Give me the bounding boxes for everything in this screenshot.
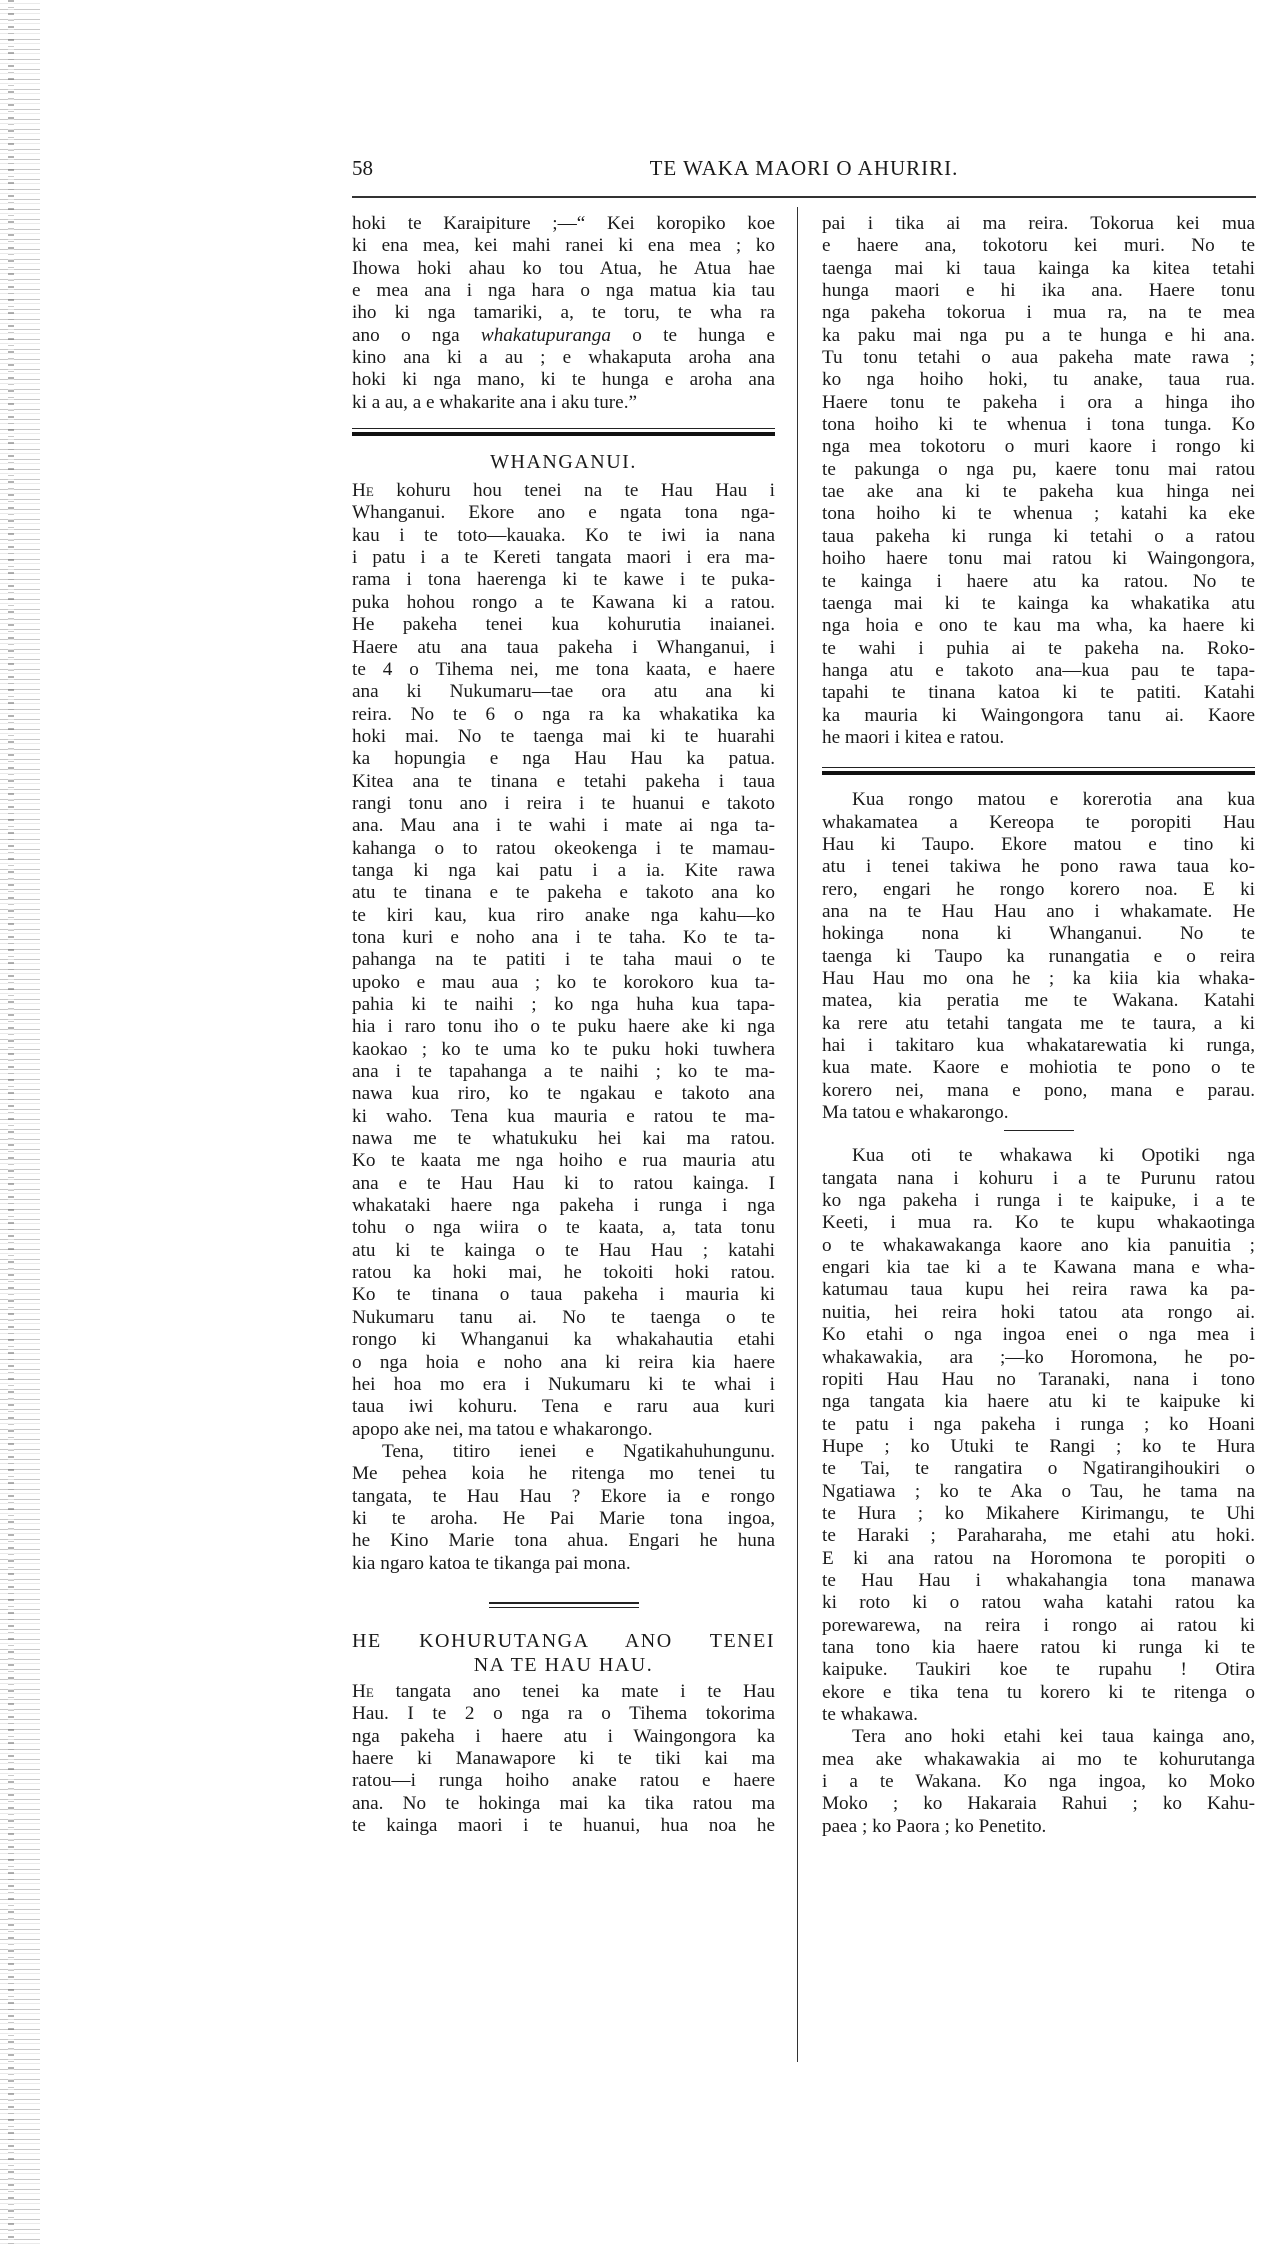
text-line: E ki ana ratou na Horomona te poropiti o [822, 1548, 1255, 1570]
article-kereopa: Kua rongo matou e korerotia ana kua whak… [822, 789, 1255, 1124]
article-he-kohurutanga: HE KOHURUTANGA ANO TENEI NA TE HAU HAU. … [352, 1629, 775, 1837]
text-line: kino ana ki a au ; e whakaputa aroha ana [352, 347, 775, 369]
text-line: nawa me te whatukuku hei kai ma ratou. [352, 1128, 775, 1150]
text-line: te 4 o Tihema nei, me tona kaata, e haer… [352, 659, 775, 681]
text-line: Ko te kaata me nga hoiho e rua mauria at… [352, 1150, 775, 1172]
text-line: ka paku mai nga pu a te hunga e hi ana. [822, 325, 1255, 347]
text-line: Hau Hau mo ona he ; ka kiia kia whaka- [822, 968, 1255, 990]
text-line: hei hoa mo era i Nukumaru ki te whai i [352, 1374, 775, 1396]
text-line: ko nga hoiho hoki, tu anake, taua rua. [822, 369, 1255, 391]
article-opotiki: Kua oti te whakawa ki Opotiki nga tangat… [822, 1145, 1255, 1838]
text-line: nga pakeha i haere atu i Waingongora ka [352, 1726, 775, 1748]
text-line: katumau taua kupu hei reira rawa ka pa- [822, 1279, 1255, 1301]
text-line: He pakeha tenei kua kohurutia inaianei. [352, 614, 775, 636]
text-line: he Kino Marie tona ahua. Engari he huna [352, 1530, 775, 1552]
section-short-rule [1004, 1130, 1074, 1135]
text-line: tangata nana i kohuru i a te Purunu rato… [822, 1168, 1255, 1190]
text-line: Ma tatou e whakarongo. [822, 1102, 1255, 1124]
text-line: tapahi te tinana katoa ki te patiti. Kat… [822, 682, 1255, 704]
text-line: te Haraki ; Paraharaha, me etahi atu hok… [822, 1525, 1255, 1547]
text-fragment: o te hunga e [632, 325, 775, 346]
text-line: ratou ka hoki mai, he tokoiti hoki ratou… [352, 1262, 775, 1284]
text-line: pahanga na te patiti i te taha maui o te [352, 949, 775, 971]
text-line: taenga mai ki te kainga ka whakatika atu [822, 593, 1255, 615]
italic-word: whakatupuranga [481, 325, 611, 346]
scanned-binding-shadow [8, 0, 14, 2246]
drop-cap: He [352, 480, 374, 501]
text-line: tana tono kia haere ratou ki runga ki te [822, 1637, 1255, 1659]
text-line: Ngatiawa ; ko te Aka o Tau, he tama na [822, 1481, 1255, 1503]
scanned-page-edge [0, 0, 40, 2246]
text-line: taenga mai ki taua kainga ka kitea tetah… [822, 258, 1255, 280]
text-line: haere ki Manawapore ki te tiki kai ma [352, 1748, 775, 1770]
text-line: taua iwi kohuru. Tena e raru aua kuri [352, 1396, 775, 1418]
article-whanganui: WHANGANUI. He kohuru hou tenei na te Hau… [352, 450, 775, 1575]
text-line: Hau ki Taupo. Ekore matou e tino ki [822, 834, 1255, 856]
text-line: tae ake ana ki te pakeha kua hinga nei [822, 481, 1255, 503]
article-heading-line1: HE KOHURUTANGA ANO TENEI [352, 1629, 775, 1653]
text-line: tanga ki nga kai patu i a ia. Kite rawa [352, 860, 775, 882]
text-line: te Tai, te rangatira o Ngatirangihoukiri… [822, 1458, 1255, 1480]
text-line: whakataki haere nga pakeha i runga i nga [352, 1195, 775, 1217]
text-line: te wahi i puhia ai te pakeha na. Roko- [822, 638, 1255, 660]
text-line: Hupe ; ko Utuki te Rangi ; ko te Hura [822, 1436, 1255, 1458]
text-line: whakawakia, ara ;—ko Horomona, he po- [822, 1347, 1255, 1369]
text-line: ana e te Hau Hau ki to ratou kainga. I [352, 1173, 775, 1195]
text-line: e mea ana i nga hara o nga matua kia tau [352, 280, 775, 302]
text-line: apopo ake nei, ma tatou e whakarongo. [352, 1419, 775, 1441]
text-line: Kitea ana te tinana e tetahi pakeha i ta… [352, 771, 775, 793]
text-line: kua mate. Kaore e mohiotia te pono o te [822, 1057, 1255, 1079]
text-line: taua pakeha ki runga ki tetahi o a ratou [822, 526, 1255, 548]
text-line: nawa kua riro, ko te ngakau e takoto ana [352, 1083, 775, 1105]
text-line: Tu tonu tetahi o aua pakeha mate rawa ; [822, 347, 1255, 369]
text-line: ki waho. Tena kua mauria e ratou te ma- [352, 1106, 775, 1128]
text-line: Whanganui. Ekore ano e ngata tona nga- [352, 502, 775, 524]
text-line: ka hopungia e nga Hau Hau ka patua. [352, 748, 775, 770]
text-line: ki ena mea, kei mahi ranei ki ena mea ; … [352, 235, 775, 257]
text-fragment: tangata ano tenei ka mate i te Hau [374, 1681, 775, 1702]
text-line: ana. No te hokinga mai ka tika ratou ma [352, 1793, 775, 1815]
continuation-paragraph: hoki te Karaipiture ;—“ Kei koropiko koe… [352, 213, 775, 414]
text-line: matea, kia peratia me te Wakana. Katahi [822, 990, 1255, 1012]
text-line: hokinga nona ki Whanganui. No te [822, 923, 1255, 945]
text-line: kahanga o to ratou okeokenga i te mamau- [352, 838, 775, 860]
text-line: ana na te Hau Hau ano i whakamate. He [822, 901, 1255, 923]
text-line: Kua rongo matou e korerotia ana kua [822, 789, 1255, 811]
text-line: Nukumaru tanu ai. No te taenga o te [352, 1307, 775, 1329]
text-line: te Hau Hau i whakahangia tona manawa [822, 1570, 1255, 1592]
article-he-kohurutanga-continued: pai i tika ai ma reira. Tokorua kei mua … [822, 213, 1255, 749]
text-line: hia i raro tonu iho o te puku haere ake … [352, 1016, 775, 1038]
text-line: te kainga maori i te huanui, hua noa he [352, 1815, 775, 1837]
text-line: hoki ki nga mano, ki te hunga e aroha an… [352, 369, 775, 391]
text-fragment: ano o nga [352, 325, 460, 346]
text-line: kau i te toto—kauaka. Ko te iwi ia nana [352, 525, 775, 547]
section-double-rule [352, 426, 775, 436]
text-line: kaokao ; ko te uma ko te puku hoki tuwhe… [352, 1039, 775, 1061]
text-line: ana ki Nukumaru—tae ora atu ana ki [352, 681, 775, 703]
text-line: rama i tona haerenga ki te kawe i te puk… [352, 569, 775, 591]
section-short-rule [489, 1601, 639, 1609]
text-line: i a te Wakana. Ko nga ingoa, ko Moko [822, 1771, 1255, 1793]
text-line: Haere tonu te pakeha i ora a hinga iho [822, 392, 1255, 414]
text-line: whakamatea a Kereopa te poropiti Hau [822, 812, 1255, 834]
text-line: ki te aroha. He Pai Marie tona ingoa, [352, 1508, 775, 1530]
text-line: taenga ki Taupo ka runangatia e o reira [822, 946, 1255, 968]
text-line: hoki te Karaipiture ;—“ Kei koropiko koe [352, 213, 775, 235]
text-line: reira. No te 6 o nga ra ka whakatika ka [352, 704, 775, 726]
text-line: te kiri kau, kua riro anake nga kahu—ko [352, 905, 775, 927]
text-line: atu ki te kainga o te Hau Hau ; katahi [352, 1240, 775, 1262]
text-line: upoko e mau aua ; ko te korokoro kua ta- [352, 972, 775, 994]
right-column: pai i tika ai ma reira. Tokorua kei mua … [822, 213, 1255, 1838]
text-line: iho ki nga tamariki, a, te toru, te wha … [352, 302, 775, 324]
text-line: te whakawa. [822, 1704, 1255, 1726]
text-line: atu i tenei takiwa he pono rawa taua ko- [822, 856, 1255, 878]
text-line: engari kia tae ki a te Kawana mana e wha… [822, 1257, 1255, 1279]
running-title: TE WAKA MAORI O AHURIRI. [352, 156, 1256, 181]
text-line: mea ake whakawakia ai mo te kohurutanga [822, 1749, 1255, 1771]
text-line: pahia ki te naihi ; ko nga huha kua tapa… [352, 994, 775, 1016]
text-line: ki roto ki o ratou waha katahi ratou ka [822, 1592, 1255, 1614]
text-line: Kua oti te whakawa ki Opotiki nga [822, 1145, 1255, 1167]
text-line: Ihowa hoki ahau ko tou Atua, he Atua hae [352, 258, 775, 280]
text-line: hoki mai. No te taenga mai ki te huarahi [352, 726, 775, 748]
text-line: e haere ana, tokotoru kei muri. No te [822, 235, 1255, 257]
text-line: Haere atu ana taua pakeha i Whanganui, i [352, 637, 775, 659]
text-line: paea ; ko Paora ; ko Penetito. [822, 1816, 1255, 1838]
text-line: tohu o nga wiira o te kaata, a, tata ton… [352, 1217, 775, 1239]
text-line: hanga atu e takoto ana—kua pau te tapa- [822, 660, 1255, 682]
text-line: nga pakeha tokorua i mua ra, na te mea [822, 302, 1255, 324]
text-line: te kainga i haere atu ka ratou. No te [822, 571, 1255, 593]
text-line: He kohuru hou tenei na te Hau Hau i [352, 480, 775, 502]
text-line: ka mauria ki Waingongora tanu ai. Kaore [822, 705, 1255, 727]
text-line: nga tangata kia haere atu ki te kaipuke … [822, 1391, 1255, 1413]
text-line: te patu i nga pakeha i runga ; ko Hoani [822, 1414, 1255, 1436]
text-line: ana. Mau ana i te wahi i mate ai nga ta- [352, 815, 775, 837]
text-line: kaipuke. Taukiri koe te rupahu ! Otira [822, 1659, 1255, 1681]
text-line: korero nei, mana e pono, mana e parau. [822, 1080, 1255, 1102]
text-line: i patu i a te Kereti tangata maori i era… [352, 547, 775, 569]
text-line: te pakunga o nga pu, kaere tonu mai rato… [822, 459, 1255, 481]
drop-cap: He [352, 1681, 374, 1702]
text-line: tona kuri e noho ana i te taha. Ko te ta… [352, 927, 775, 949]
text-line: Tera ano hoki etahi kei taua kainga ano, [822, 1726, 1255, 1748]
text-line: ki a au, a e whakarite ana i aku ture.” [352, 392, 775, 414]
text-line: ratou—i runga hoiho anake ratou e haere [352, 1770, 775, 1792]
text-line: Moko ; ko Hakaraia Rahui ; ko Kahu- [822, 1793, 1255, 1815]
text-line: nga mea tokotoru o muri kaore i rongo ki [822, 436, 1255, 458]
text-line: ropiti Hau Hau no Taranaki, nana i tono [822, 1369, 1255, 1391]
text-line: ano o nga whakatupuranga o te hunga e [352, 325, 775, 347]
text-line: porewarewa, na reira i rongo ai ratou ki [822, 1615, 1255, 1637]
text-line: tona hoiho ki te whenua i tona tunga. Ko [822, 414, 1255, 436]
text-line: atu te tinana e te pakeha e takoto ana k… [352, 882, 775, 904]
left-column: hoki te Karaipiture ;—“ Kei koropiko koe… [352, 213, 775, 1837]
text-line: hunga maori e hi ika ana. Haere tonu [822, 280, 1255, 302]
text-fragment: kohuru hou tenei na te Hau Hau i [374, 480, 775, 501]
text-line: Keeti, i mua ra. Ko te kupu whakaotinga [822, 1212, 1255, 1234]
text-line: Me pehea koia he ritenga mo tenei tu [352, 1463, 775, 1485]
header-rule [352, 196, 1256, 198]
text-line: ko nga pakeha i runga i te kaipuke, i a … [822, 1190, 1255, 1212]
text-line: Ko te tinana o taua pakeha i mauria ki [352, 1284, 775, 1306]
text-line: hoiho haere tonu mai ratou ki Waingongor… [822, 548, 1255, 570]
text-line: o nga hoia e noho ana ki reira kia haere [352, 1352, 775, 1374]
text-line: Ko etahi o nga ingoa enei o nga mea i [822, 1324, 1255, 1346]
article-heading-line2: NA TE HAU HAU. [352, 1653, 775, 1677]
text-line: kia ngaro katoa te tikanga pai mona. [352, 1553, 775, 1575]
text-line: rangi tonu ano i reira i te huanui e tak… [352, 793, 775, 815]
text-line: ekore e tika tena tu korero ki te riteng… [822, 1682, 1255, 1704]
text-line: o te whakawakanga kaore ano kia panuitia… [822, 1235, 1255, 1257]
text-line: tona hoiho ki te whenua ; katahi ka eke [822, 503, 1255, 525]
text-line: Hau. I te 2 o nga ra o Tihema tokorima [352, 1703, 775, 1725]
text-line: rongo ki Whanganui ka whakahautia etahi [352, 1329, 775, 1351]
text-line: ka rere atu tetahi tangata me te taura, … [822, 1013, 1255, 1035]
text-line: pai i tika ai ma reira. Tokorua kei mua [822, 213, 1255, 235]
text-line: te Hura ; ko Mikahere Kirimangu, te Uhi [822, 1503, 1255, 1525]
text-line: rero, engari he rongo korero noa. E ki [822, 879, 1255, 901]
text-line: Tena, titiro ienei e Ngatikahuhungunu. [352, 1441, 775, 1463]
text-line: nga hoia e ono te kau ma wha, ka haere k… [822, 615, 1255, 637]
text-line: he maori i kitea e ratou. [822, 727, 1255, 749]
column-divider [797, 207, 798, 2062]
text-line: tangata, te Hau Hau ? Ekore ia e rongo [352, 1486, 775, 1508]
article-heading: WHANGANUI. [352, 450, 775, 474]
text-line: nuitia, hei reira hoki tatou ata rongo a… [822, 1302, 1255, 1324]
page-header: 58 TE WAKA MAORI O AHURIRI. [352, 156, 1256, 186]
text-line: hai i takitaro kua whakatarewatia ki run… [822, 1035, 1255, 1057]
text-line: He tangata ano tenei ka mate i te Hau [352, 1681, 775, 1703]
text-line: ana i te tapahanga a te naihi ; ko te ma… [352, 1061, 775, 1083]
text-line: puka hohou rongo a te Kawana ki a ratou. [352, 592, 775, 614]
section-double-rule [822, 765, 1255, 775]
